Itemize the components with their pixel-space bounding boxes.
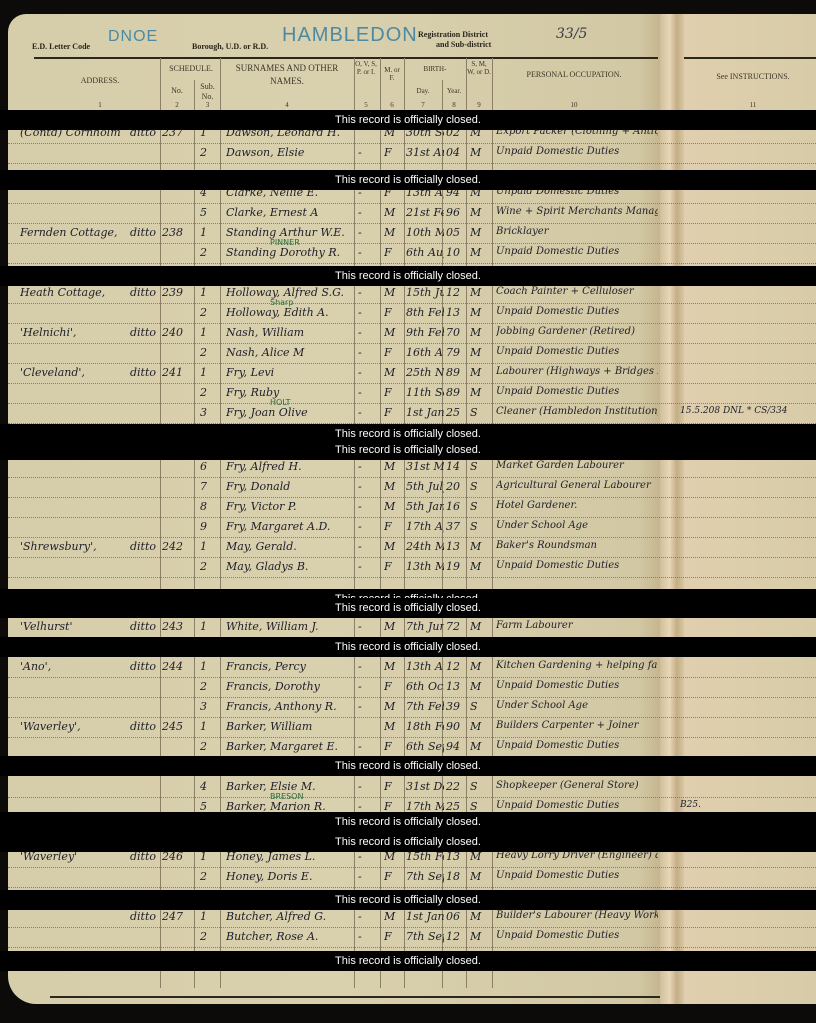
cell-ov: -	[358, 366, 378, 379]
column-number: 6	[381, 101, 403, 109]
cell-cond: S	[470, 406, 492, 419]
cell-sub: 1	[200, 226, 220, 239]
col-condition: S, M, W, or D.	[467, 60, 491, 76]
table-row: 'Cleveland',ditto2411Fry, Levi-M25th Nov…	[8, 364, 816, 384]
cell-name: Nash, William	[226, 326, 354, 339]
cell-year: 12	[446, 660, 466, 673]
annotation: HOLT	[270, 398, 291, 407]
cell-cond: S	[470, 460, 492, 473]
reg-district-value: 33/5	[556, 26, 587, 42]
cell-name: Clarke, Ernest A	[226, 206, 354, 219]
cell-address: Fernden Cottage,	[20, 226, 120, 239]
cell-day: 6th Oct	[406, 680, 444, 693]
cell-ov: -	[358, 740, 378, 753]
cell-sched: 245	[162, 720, 194, 733]
cell-occ: Unpaid Domestic Duties	[496, 930, 658, 941]
column-number: 3	[195, 101, 220, 109]
annotation: Sharp	[270, 298, 293, 307]
cell-sex: F	[384, 386, 404, 399]
cell-sched: 244	[162, 660, 194, 673]
cell-ov: -	[358, 406, 378, 419]
cell-occ: Baker's Roundsman	[496, 540, 658, 551]
cell-day: 31st May	[406, 460, 444, 473]
cell-ditto: ditto	[130, 326, 162, 339]
cell-occ: Farm Labourer	[496, 620, 658, 631]
ed-letter-code-label: E.D. Letter Code	[32, 42, 90, 51]
closed-record-banner: This record is officially closed.	[0, 637, 816, 657]
cell-sub: 2	[200, 146, 220, 159]
col-schedule: SCHEDULE.	[162, 64, 220, 74]
cell-address: 'Velhurst'	[20, 620, 120, 633]
col-sex: M. or F.	[381, 66, 403, 82]
cell-occ: Unpaid Domestic Duties	[496, 800, 658, 811]
cell-sex: F	[384, 780, 404, 793]
table-row: 8Fry, Victor P.-M5th Jan16SHotel Gardene…	[8, 498, 816, 518]
cell-name: Francis, Anthony R.	[226, 700, 354, 713]
reg-district-label: Registration District	[418, 30, 488, 39]
cell-year: 70	[446, 326, 466, 339]
cell-ov: -	[358, 540, 378, 553]
cell-occ: Unpaid Domestic Duties	[496, 146, 658, 157]
cell-occ: Labourer (Highways + Bridges Dept) (Heav…	[496, 366, 658, 377]
col-sub-no: Sub. No.	[195, 82, 220, 102]
cell-sched: 247	[162, 910, 194, 923]
closed-record-banner: This record is officially closed.	[0, 890, 816, 910]
cell-year: 39	[446, 700, 466, 713]
cell-sex: M	[384, 480, 404, 493]
cell-name: Barker, William	[226, 720, 354, 733]
table-row: 9Fry, Margaret A.D.-F17th Apl37SUnder Sc…	[8, 518, 816, 538]
cell-occ: Builder's Labourer (Heavy Worker)	[496, 910, 658, 921]
column-number: 2	[162, 101, 192, 109]
borough-name: HAMBLEDON	[282, 24, 418, 47]
cell-sex: M	[384, 460, 404, 473]
column-number: 11	[690, 101, 816, 109]
col-address: ADDRESS.	[40, 76, 160, 86]
instructions-note: 15.5.208 DNL * CS/334	[680, 406, 816, 416]
cell-occ: Unpaid Domestic Duties	[496, 346, 658, 357]
cell-occ: Unpaid Domestic Duties	[496, 870, 658, 881]
table-row: 2Honey, Doris E.-F7th Sept18MUnpaid Dome…	[8, 868, 816, 888]
cell-sub: 2	[200, 870, 220, 883]
cell-ov: -	[358, 660, 378, 673]
closed-record-banner: This record is officially closed.	[0, 170, 816, 190]
cell-year: 79	[446, 346, 466, 359]
cell-name: Fry, Joan Olive	[226, 406, 354, 419]
cell-sex: F	[384, 560, 404, 573]
table-row: 2Nash, Alice M-F16th Aug79MUnpaid Domest…	[8, 344, 816, 364]
table-row: 2Standing Dorothy R.-F6th Aug10MUnpaid D…	[8, 244, 816, 264]
cell-name: Standing Dorothy R.	[226, 246, 354, 259]
footer-rule	[50, 996, 660, 998]
cell-sub: 3	[200, 406, 220, 419]
cell-ov: -	[358, 206, 378, 219]
cell-day: 1st Jan	[406, 910, 444, 923]
cell-ov: -	[358, 520, 378, 533]
cell-year: 22	[446, 780, 466, 793]
cell-year: 13	[446, 540, 466, 553]
cell-sub: 4	[200, 780, 220, 793]
cell-cond: M	[470, 740, 492, 753]
cell-ov: -	[358, 930, 378, 943]
cell-day: 10th Mar	[406, 226, 444, 239]
cell-year: 94	[446, 740, 466, 753]
cell-sex: F	[384, 520, 404, 533]
cell-cond: M	[470, 910, 492, 923]
annotation: PINNER	[270, 238, 300, 247]
header-rule	[34, 57, 658, 59]
cell-cond: M	[470, 930, 492, 943]
cell-occ: Hotel Gardener.	[496, 500, 658, 511]
cell-year: 90	[446, 720, 466, 733]
cell-occ: Unpaid Domestic Duties	[496, 680, 658, 691]
closed-record-banner: This record is officially closed.	[0, 598, 816, 618]
cell-day: 9th Feb	[406, 326, 444, 339]
cell-occ: Wine + Spirit Merchants Manager	[496, 206, 658, 217]
cell-occ: Under School Age	[496, 700, 658, 711]
cell-sched: 241	[162, 366, 194, 379]
cell-sub: 2	[200, 346, 220, 359]
cell-address: 'Cleveland',	[20, 366, 120, 379]
column-number: 5	[354, 101, 378, 109]
cell-sub: 3	[200, 700, 220, 713]
ed-letter-code: DNOE	[108, 28, 158, 46]
cell-day: 5th July	[406, 480, 444, 493]
cell-cond: M	[470, 306, 492, 319]
cell-sub: 7	[200, 480, 220, 493]
cell-name: Butcher, Alfred G.	[226, 910, 354, 923]
cell-occ: Bricklayer	[496, 226, 658, 237]
cell-cond: M	[470, 246, 492, 259]
cell-address: 'Shrewsbury',	[20, 540, 120, 553]
cell-cond: M	[470, 540, 492, 553]
cell-day: 8th Feb	[406, 306, 444, 319]
cell-sched: 239	[162, 286, 194, 299]
cell-sex: F	[384, 740, 404, 753]
cell-name: Francis, Dorothy	[226, 680, 354, 693]
cell-sub: 1	[200, 720, 220, 733]
cell-sched: 242	[162, 540, 194, 553]
cell-sex: M	[384, 206, 404, 219]
cell-sex: M	[384, 366, 404, 379]
cell-day: 13th Mar	[406, 560, 444, 573]
cell-ov: -	[358, 346, 378, 359]
cell-year: 13	[446, 306, 466, 319]
col-day: Day.	[405, 86, 441, 96]
column-number: 4	[222, 101, 352, 109]
cell-day: 15th June	[406, 286, 444, 299]
closed-record-banner: This record is officially closed.	[0, 110, 816, 130]
cell-cond: M	[470, 560, 492, 573]
cell-name: May, Gerald.	[226, 540, 354, 553]
cell-ditto: ditto	[130, 286, 162, 299]
cell-sex: F	[384, 346, 404, 359]
cell-sub: 6	[200, 460, 220, 473]
cell-sub: 2	[200, 930, 220, 943]
cell-sex: M	[384, 540, 404, 553]
cell-occ: Unpaid Domestic Duties	[496, 306, 658, 317]
closed-record-banner: This record is officially closed.	[0, 832, 816, 852]
cell-day: 24th May	[406, 540, 444, 553]
cell-ditto: ditto	[130, 540, 162, 553]
column-number: 1	[40, 101, 160, 109]
cell-sub: 5	[200, 206, 220, 219]
closed-record-banner: This record is officially closed.	[0, 812, 816, 832]
cell-ov: -	[358, 146, 378, 159]
cell-day: 13th Aug	[406, 660, 444, 673]
table-row: 2Butcher, Rose A.-F7th Sept12MUnpaid Dom…	[8, 928, 816, 948]
cell-sex: M	[384, 500, 404, 513]
cell-sex: M	[384, 910, 404, 923]
cell-occ: Unpaid Domestic Duties	[496, 386, 658, 397]
col-ovspi: O, V, S, P. or I.	[354, 60, 378, 76]
table-row: 'Shrewsbury',ditto2421May, Gerald.-M24th…	[8, 538, 816, 558]
cell-ditto: ditto	[130, 620, 162, 633]
cell-year: 16	[446, 500, 466, 513]
cell-day: 31st Aug	[406, 146, 444, 159]
cell-ov: -	[358, 326, 378, 339]
column-number: 10	[492, 101, 656, 109]
cell-sex: M	[384, 226, 404, 239]
cell-day: 6th Aug	[406, 246, 444, 259]
cell-cond: M	[470, 286, 492, 299]
cell-year: 20	[446, 480, 466, 493]
cell-ditto: ditto	[130, 720, 162, 733]
cell-year: 19	[446, 560, 466, 573]
column-number: 9	[467, 101, 491, 109]
cell-sub: 1	[200, 660, 220, 673]
cell-occ: Coach Painter + Celluloser	[496, 286, 658, 297]
cell-cond: M	[470, 720, 492, 733]
sub-district-label: and Sub-district	[436, 40, 491, 49]
cell-cond: M	[470, 366, 492, 379]
cell-sub: 1	[200, 910, 220, 923]
cell-day: 21st Feb	[406, 206, 444, 219]
cell-sex: F	[384, 306, 404, 319]
cell-sex: M	[384, 720, 404, 733]
cell-year: 18	[446, 870, 466, 883]
cell-cond: S	[470, 500, 492, 513]
cell-sex: M	[384, 660, 404, 673]
cell-cond: M	[470, 386, 492, 399]
cell-sub: 2	[200, 560, 220, 573]
cell-year: 14	[446, 460, 466, 473]
closed-record-banner: This record is officially closed.	[0, 440, 816, 460]
cell-sex: F	[384, 146, 404, 159]
col-birth: BIRTH-	[405, 64, 465, 74]
cell-ov: -	[358, 870, 378, 883]
header-rule-right	[684, 57, 816, 59]
table-row: 2Francis, Dorothy-F6th Oct13MUnpaid Dome…	[8, 678, 816, 698]
cell-sub: 2	[200, 246, 220, 259]
cell-ov: -	[358, 910, 378, 923]
cell-name: Honey, Doris E.	[226, 870, 354, 883]
cell-address: 'Ano',	[20, 660, 120, 673]
cell-sched: 243	[162, 620, 194, 633]
col-surnames: SURNAMES AND OTHER NAMES.	[222, 62, 352, 88]
cell-cond: M	[470, 870, 492, 883]
table-row: Fernden Cottage,ditto2381Standing Arthur…	[8, 224, 816, 244]
cell-name: May, Gladys B.	[226, 560, 354, 573]
cell-year: 96	[446, 206, 466, 219]
col-instructions: See INSTRUCTIONS.	[690, 72, 816, 82]
cell-cond: M	[470, 326, 492, 339]
cell-sub: 2	[200, 680, 220, 693]
cell-ov: -	[358, 480, 378, 493]
cell-ov: -	[358, 386, 378, 399]
table-row: 'Velhurst'ditto2431White, William J.-M7t…	[8, 618, 816, 638]
cell-name: White, William J.	[226, 620, 354, 633]
closed-record-banner: This record is officially closed.	[0, 266, 816, 286]
table-row: 3Francis, Anthony R.-M7th Feb39SUnder Sc…	[8, 698, 816, 718]
cell-year: 12	[446, 930, 466, 943]
cell-sex: F	[384, 406, 404, 419]
table-row: Heath Cottage,ditto2391Holloway, Alfred …	[8, 284, 816, 304]
cell-occ: Unpaid Domestic Duties	[496, 740, 658, 751]
cell-sex: M	[384, 620, 404, 633]
cell-name: Dawson, Elsie	[226, 146, 354, 159]
cell-address: Heath Cottage,	[20, 286, 120, 299]
cell-occ: Agricultural General Labourer	[496, 480, 658, 491]
col-year: Year.	[443, 86, 465, 96]
cell-sub: 2	[200, 306, 220, 319]
closed-record-banner: This record is officially closed.	[0, 756, 816, 776]
table-row: 2Holloway, Edith A.-F8th Feb13MUnpaid Do…	[8, 304, 816, 324]
table-row: 2Fry, Ruby-F11th Sept89MUnpaid Domestic …	[8, 384, 816, 404]
borough-label: Borough, U.D. or R.D.	[192, 42, 268, 51]
table-row: 5Clarke, Ernest A-M21st Feb96MWine + Spi…	[8, 204, 816, 224]
table-row: 2May, Gladys B.-F13th Mar19MUnpaid Domes…	[8, 558, 816, 578]
cell-ov: -	[358, 460, 378, 473]
cell-cond: M	[470, 346, 492, 359]
cell-ov: -	[358, 780, 378, 793]
cell-ov: -	[358, 680, 378, 693]
cell-day: 6th Sept	[406, 740, 444, 753]
cell-cond: S	[470, 520, 492, 533]
cell-ov: -	[358, 700, 378, 713]
cell-year: 89	[446, 366, 466, 379]
cell-day: 17th Apl	[406, 520, 444, 533]
cell-year: 10	[446, 246, 466, 259]
table-row: 3Fry, Joan Olive-F1st Jan25SCleaner (Ham…	[8, 404, 816, 424]
cell-sub: 1	[200, 366, 220, 379]
cell-year: 37	[446, 520, 466, 533]
cell-ditto: ditto	[130, 226, 162, 239]
cell-day: 18th Feb	[406, 720, 444, 733]
cell-cond: M	[470, 680, 492, 693]
annotation: BRESON	[270, 792, 303, 801]
cell-sub: 1	[200, 540, 220, 553]
cell-occ: Cleaner (Hambledon Institution)	[496, 406, 658, 417]
cell-sub: 8	[200, 500, 220, 513]
cell-sub: 2	[200, 386, 220, 399]
cell-name: Fry, Victor P.	[226, 500, 354, 513]
cell-day: 25th Nov	[406, 366, 444, 379]
cell-sched: 238	[162, 226, 194, 239]
cell-year: 06	[446, 910, 466, 923]
cell-name: Fry, Donald	[226, 480, 354, 493]
cell-sex: F	[384, 930, 404, 943]
cell-name: Fry, Margaret A.D.	[226, 520, 354, 533]
cell-occ: Kitchen Gardening + helping father on Da…	[496, 660, 658, 671]
cell-name: Barker, Margaret E.	[226, 740, 354, 753]
cell-occ: Market Garden Labourer	[496, 460, 658, 471]
cell-day: 7th Sept	[406, 930, 444, 943]
cell-sex: F	[384, 246, 404, 259]
cell-ov: -	[358, 306, 378, 319]
cell-address: 'Waverley',	[20, 720, 120, 733]
cell-name: Francis, Percy	[226, 660, 354, 673]
cell-sub: 1	[200, 620, 220, 633]
cell-ov: -	[358, 286, 378, 299]
cell-cond: M	[470, 226, 492, 239]
cell-sub: 1	[200, 286, 220, 299]
cell-sub: 2	[200, 740, 220, 753]
table-row: 2Barker, Margaret E.-F6th Sept94MUnpaid …	[8, 738, 816, 758]
cell-cond: M	[470, 660, 492, 673]
cell-name: Fry, Levi	[226, 366, 354, 379]
cell-name: Holloway, Edith A.	[226, 306, 354, 319]
table-row: 'Waverley',ditto2451Barker, WilliamM18th…	[8, 718, 816, 738]
cell-ov: -	[358, 226, 378, 239]
table-row: ditto2471Butcher, Alfred G.-M1st Jan06MB…	[8, 908, 816, 928]
closed-record-banner: This record is officially closed.	[0, 951, 816, 971]
cell-cond: S	[470, 700, 492, 713]
cell-day: 7th June	[406, 620, 444, 633]
cell-ov: -	[358, 560, 378, 573]
table-row: 7Fry, Donald-M5th July20SAgricultural Ge…	[8, 478, 816, 498]
cell-day: 5th Jan	[406, 500, 444, 513]
cell-year: 12	[446, 286, 466, 299]
instructions-note: B25.	[680, 800, 816, 810]
cell-day: 7th Feb	[406, 700, 444, 713]
cell-day: 31st Dec	[406, 780, 444, 793]
table-row: 'Ano',ditto2441Francis, Percy-M13th Aug1…	[8, 658, 816, 678]
cell-sub: 9	[200, 520, 220, 533]
cell-sex: M	[384, 326, 404, 339]
cell-occ: Jobbing Gardener (Retired)	[496, 326, 658, 337]
cell-ditto: ditto	[130, 660, 162, 673]
cell-cond: S	[470, 780, 492, 793]
cell-occ: Shopkeeper (General Store)	[496, 780, 658, 791]
cell-year: 72	[446, 620, 466, 633]
cell-address: 'Helnichi',	[20, 326, 120, 339]
cell-cond: M	[470, 206, 492, 219]
cell-day: 11th Sept	[406, 386, 444, 399]
cell-day: 1st Jan	[406, 406, 444, 419]
cell-ov: -	[358, 620, 378, 633]
cell-sex: M	[384, 286, 404, 299]
col-occupation: PERSONAL OCCUPATION.	[492, 70, 656, 80]
cell-cond: M	[470, 146, 492, 159]
cell-year: 89	[446, 386, 466, 399]
cell-name: Butcher, Rose A.	[226, 930, 354, 943]
table-row: 2Dawson, Elsie-F31st Aug04MUnpaid Domest…	[8, 144, 816, 164]
cell-cond: M	[470, 620, 492, 633]
cell-sex: M	[384, 700, 404, 713]
cell-sex: F	[384, 680, 404, 693]
cell-name: Nash, Alice M	[226, 346, 354, 359]
table-row: 4Barker, Elsie M.-F31st Dec22SShopkeeper…	[8, 778, 816, 798]
cell-day: 16th Aug	[406, 346, 444, 359]
cell-ov: -	[358, 246, 378, 259]
cell-occ: Builders Carpenter + Joiner	[496, 720, 658, 731]
column-number: 8	[443, 101, 465, 109]
cell-cond: S	[470, 480, 492, 493]
cell-ov: -	[358, 500, 378, 513]
cell-year: 04	[446, 146, 466, 159]
cell-name: Fry, Alfred H.	[226, 460, 354, 473]
